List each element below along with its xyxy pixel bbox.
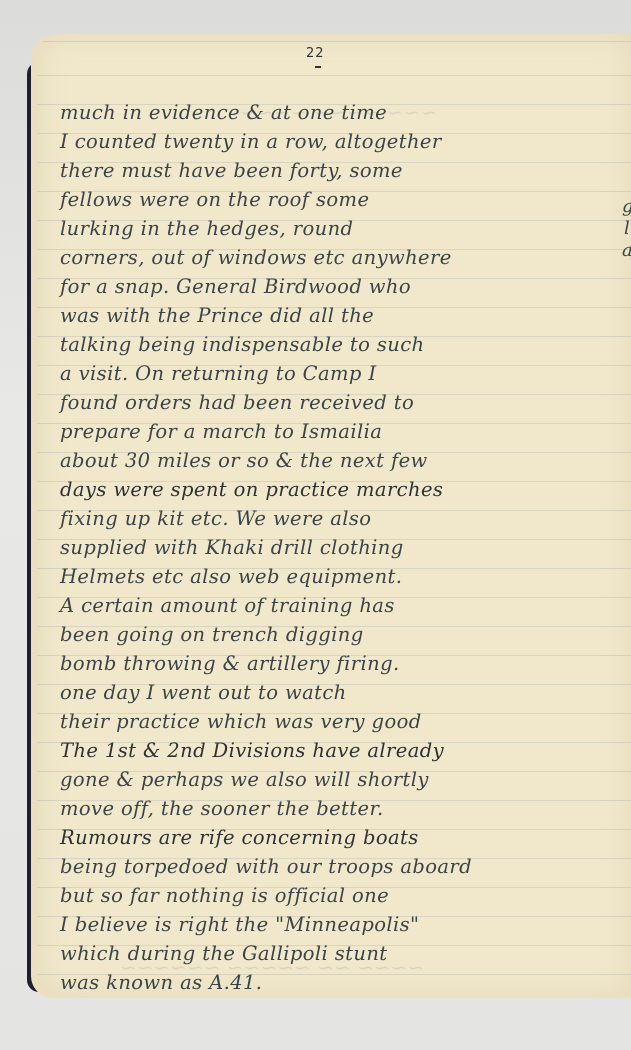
text-line: I believe is right the "Minneapolis" — [60, 910, 620, 939]
text-line: supplied with Khaki drill clothing — [60, 533, 620, 562]
text-line: their practice which was very good — [60, 707, 620, 736]
text-line: days were spent on practice marches — [60, 475, 620, 504]
text-line: I counted twenty in a row, altogether — [60, 127, 620, 156]
text-line: Helmets etc also web equipment. — [60, 562, 620, 591]
text-line: fellows were on the roof some — [60, 185, 620, 214]
text-line: bomb throwing & artillery firing. — [60, 649, 620, 678]
text-line: about 30 miles or so & the next few — [60, 446, 620, 475]
text-line: The 1st & 2nd Divisions have already — [60, 736, 620, 765]
text-line: been going on trench digging — [60, 620, 620, 649]
margin-mark: l — [624, 218, 630, 239]
text-line: gone & perhaps we also will shortly — [60, 765, 620, 794]
text-line: which during the Gallipoli stunt — [60, 939, 620, 968]
text-line: corners, out of windows etc anywhere — [60, 243, 620, 272]
text-line: one day I went out to watch — [60, 678, 620, 707]
text-line: A certain amount of training has — [60, 591, 620, 620]
text-line: Rumours are rife concerning boats — [60, 823, 620, 852]
text-line: fixing up kit etc. We were also — [60, 504, 620, 533]
margin-mark: a — [622, 240, 631, 261]
page-number-underline — [315, 66, 321, 68]
handwritten-text: much in evidence & at one time I counted… — [60, 98, 620, 997]
text-line: much in evidence & at one time — [60, 98, 620, 127]
text-line: there must have been forty, some — [60, 156, 620, 185]
text-line: lurking in the hedges, round — [60, 214, 620, 243]
margin-mark: g — [622, 196, 631, 217]
text-line: was with the Prince did all the — [60, 301, 620, 330]
page-number: 22 — [306, 46, 325, 61]
text-line: being torpedoed with our troops aboard — [60, 852, 620, 881]
text-line: a visit. On returning to Camp I — [60, 359, 620, 388]
text-line: for a snap. General Birdwood who — [60, 272, 620, 301]
text-line: talking being indispensable to such — [60, 330, 620, 359]
text-line: but so far nothing is official one — [60, 881, 620, 910]
text-line: was known as A.41. — [60, 968, 620, 997]
text-line: move off, the sooner the better. — [60, 794, 620, 823]
text-line: prepare for a march to Ismailia — [60, 417, 620, 446]
text-line: found orders had been received to — [60, 388, 620, 417]
